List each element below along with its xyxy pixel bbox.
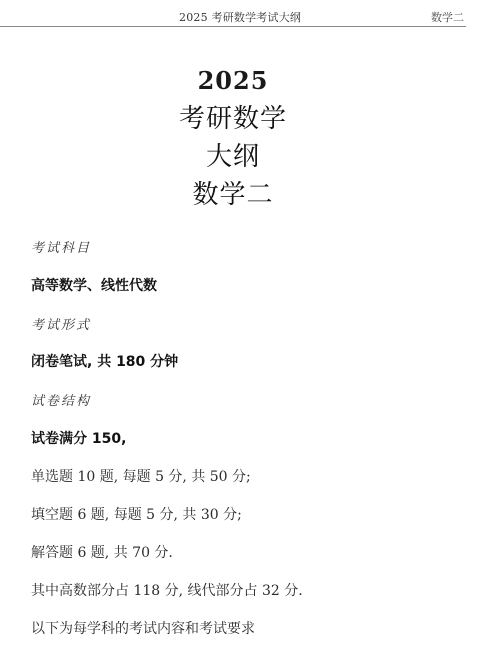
paper-structure-label: 试卷结构 xyxy=(31,390,91,409)
score-split: 其中高数部分占 118 分, 线代部分占 32 分. xyxy=(31,580,303,600)
structure-item-answer: 解答题 6 题, 共 70 分. xyxy=(31,542,173,562)
page-header: 2025 考研数学考试大纲 数学二 xyxy=(0,0,466,27)
header-title: 2025 考研数学考试大纲 xyxy=(179,9,301,25)
document-title: 2025 考研数学 大纲 数学二 xyxy=(0,62,466,214)
exam-subject-value: 高等数学、线性代数 xyxy=(31,275,157,295)
structure-item-single-choice: 单选题 10 题, 每题 5 分, 共 50 分; xyxy=(31,466,251,486)
total-score: 试卷满分 150, xyxy=(31,428,126,448)
title-line-1: 考研数学 xyxy=(0,100,466,138)
exam-subject-label: 考试科目 xyxy=(31,237,91,256)
structure-item-fill-blank: 填空题 6 题, 每题 5 分, 共 30 分; xyxy=(31,504,242,524)
exam-format-value: 闭卷笔试, 共 180 分钟 xyxy=(31,351,178,371)
header-section-label: 数学二 xyxy=(431,9,464,25)
title-line-2: 大纲 xyxy=(0,138,466,176)
title-year: 2025 xyxy=(0,62,466,100)
title-line-3: 数学二 xyxy=(0,176,466,214)
exam-format-label: 考试形式 xyxy=(31,314,91,333)
intro-next-section: 以下为每学科的考试内容和考试要求 xyxy=(31,618,255,638)
